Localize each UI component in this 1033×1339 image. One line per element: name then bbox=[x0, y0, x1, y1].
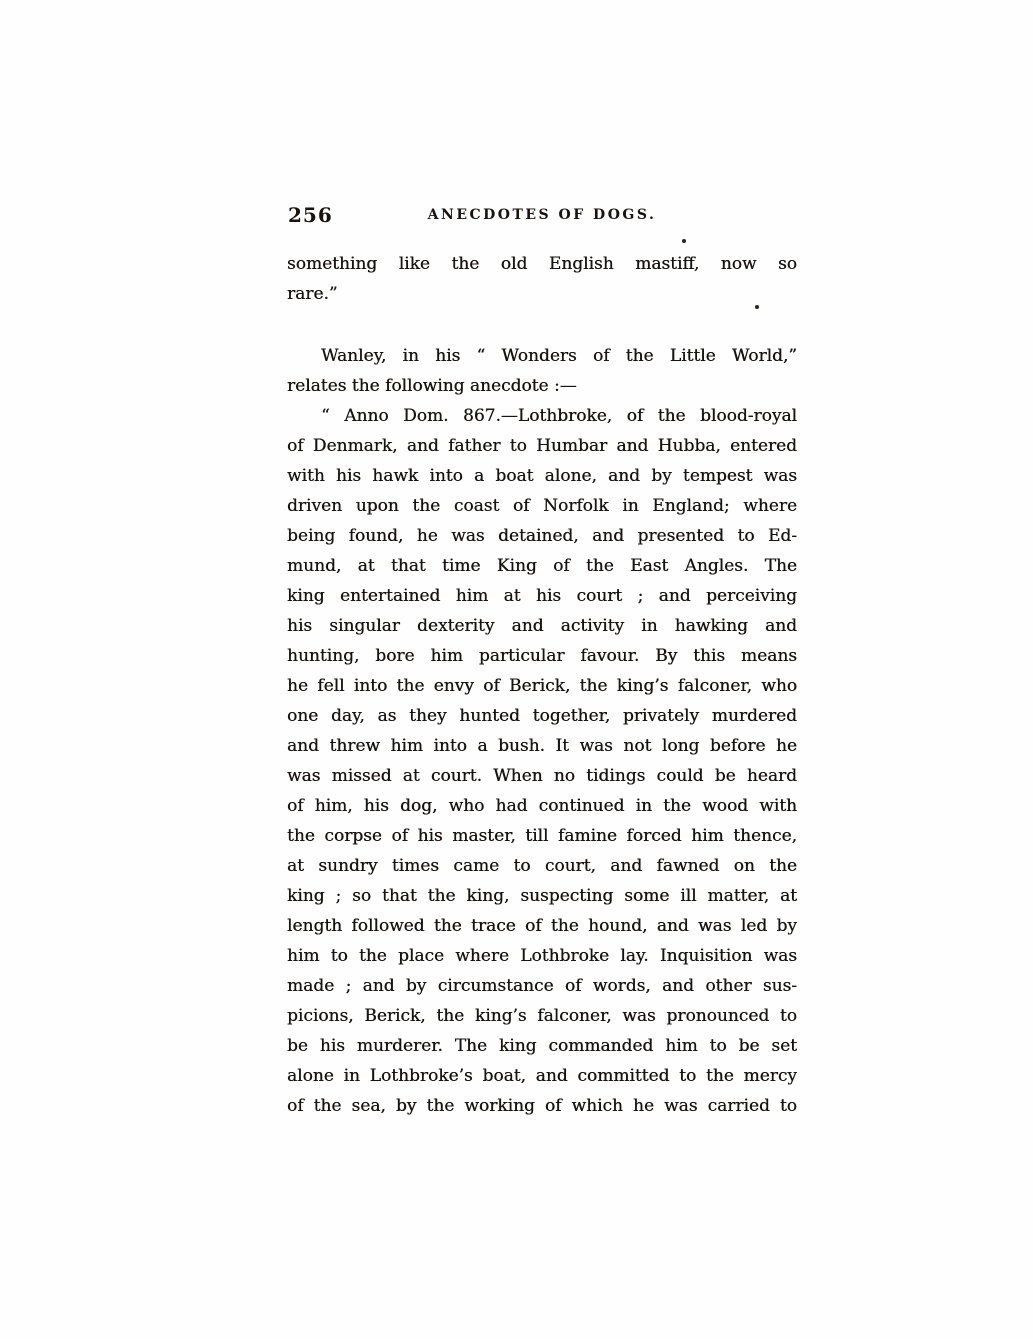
text-line: his singular dexterity and activity in h… bbox=[287, 611, 797, 641]
text-line: relates the following anecdote :— bbox=[287, 371, 797, 401]
page-number: 256 bbox=[288, 203, 333, 227]
text-line: of the sea, by the working of which he w… bbox=[287, 1091, 797, 1121]
paragraph: something like the old English mastiff, … bbox=[287, 249, 797, 309]
running-title: ANECDOTES OF DOGS. bbox=[287, 203, 797, 223]
text-line: with his hawk into a boat alone, and by … bbox=[287, 461, 797, 491]
text-line: of Denmark, and father to Humbar and Hub… bbox=[287, 431, 797, 461]
text-line: being found, he was detained, and presen… bbox=[287, 521, 797, 551]
text-line: king entertained him at his court ; and … bbox=[287, 581, 797, 611]
text-line: picions, Berick, the king’s falconer, wa… bbox=[287, 1001, 797, 1031]
scan-speck bbox=[682, 239, 686, 243]
text-line: something like the old English mastiff, … bbox=[287, 249, 797, 279]
paragraphs: something like the old English mastiff, … bbox=[287, 249, 797, 1121]
text-line: at sundry times came to court, and fawne… bbox=[287, 851, 797, 881]
text-line: one day, as they hunted together, privat… bbox=[287, 701, 797, 731]
text-line: king ; so that the king, suspecting some… bbox=[287, 881, 797, 911]
text-line: him to the place where Lothbroke lay. In… bbox=[287, 941, 797, 971]
text-line: made ; and by circumstance of words, and… bbox=[287, 971, 797, 1001]
text-line: length followed the trace of the hound, … bbox=[287, 911, 797, 941]
text-line: he fell into the envy of Berick, the kin… bbox=[287, 671, 797, 701]
text-line: Wanley, in his “ Wonders of the Little W… bbox=[287, 341, 797, 371]
text-line: of him, his dog, who had continued in th… bbox=[287, 791, 797, 821]
text-line: be his murderer. The king commanded him … bbox=[287, 1031, 797, 1061]
page-header: 256 ANECDOTES OF DOGS. bbox=[287, 203, 797, 229]
paragraph: “ Anno Dom. 867.—Lothbroke, of the blood… bbox=[287, 401, 797, 1121]
text-line: and threw him into a bush. It was not lo… bbox=[287, 731, 797, 761]
text-line: hunting, bore him particular favour. By … bbox=[287, 641, 797, 671]
text-line: the corpse of his master, till famine fo… bbox=[287, 821, 797, 851]
text-line: “ Anno Dom. 867.—Lothbroke, of the blood… bbox=[287, 401, 797, 431]
text-line: driven upon the coast of Norfolk in Engl… bbox=[287, 491, 797, 521]
scan-speck bbox=[755, 305, 759, 309]
text-line: alone in Lothbroke’s boat, and committed… bbox=[287, 1061, 797, 1091]
paragraph: Wanley, in his “ Wonders of the Little W… bbox=[287, 341, 797, 401]
text-block: 256 ANECDOTES OF DOGS. something like th… bbox=[287, 203, 797, 1121]
book-page: 256 ANECDOTES OF DOGS. something like th… bbox=[0, 0, 1033, 1339]
text-line: mund, at that time King of the East Angl… bbox=[287, 551, 797, 581]
text-line: was missed at court. When no tidings cou… bbox=[287, 761, 797, 791]
text-line: rare.” bbox=[287, 279, 797, 309]
